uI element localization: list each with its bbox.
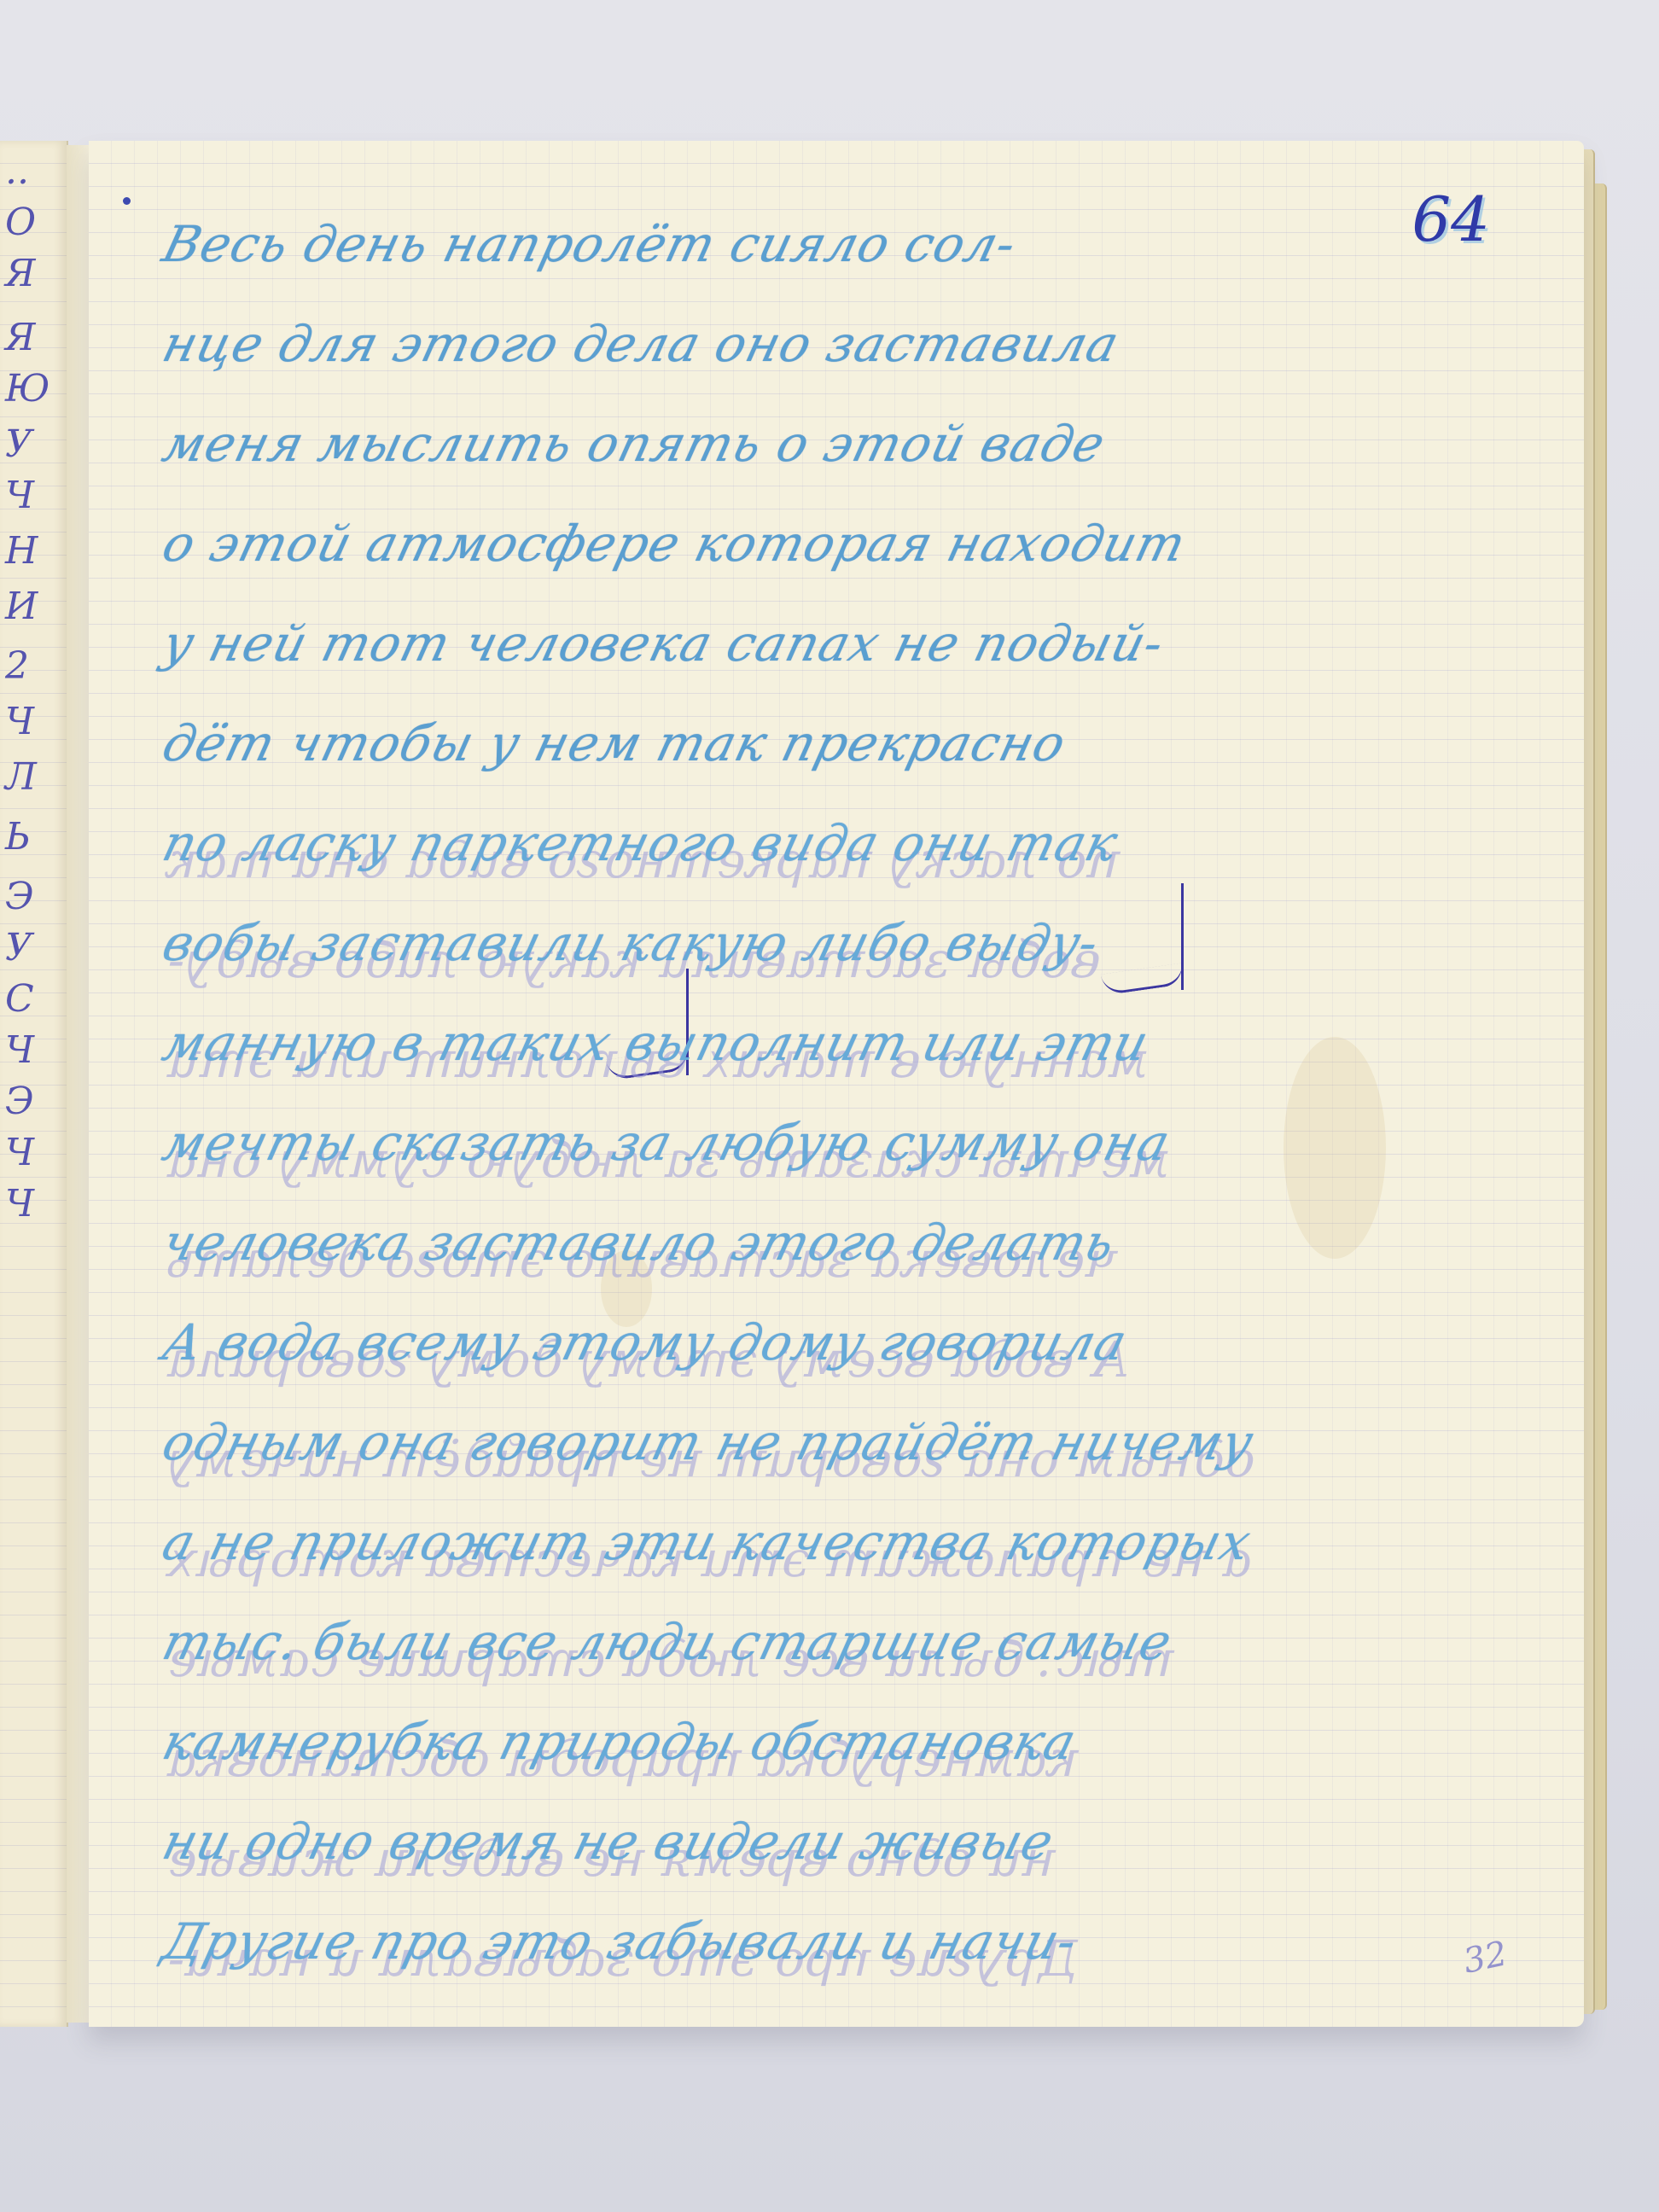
left-margin-glyph: Ю	[5, 367, 50, 410]
left-margin-glyph: Ч	[5, 474, 34, 517]
handwritten-text-body: Весь день напролёт сияло сол- нце для эт…	[157, 173, 1522, 2027]
handwritten-line: одным она говорит не прайдёт ничемуодным…	[157, 1371, 1547, 1471]
left-margin-glyph: Ч	[5, 1131, 34, 1174]
left-margin-glyph: Н	[5, 529, 38, 573]
handwritten-line: нце для этого дела оно заставила	[157, 273, 1547, 373]
handwritten-line: по ласку паркетного вида они такпо ласку…	[157, 772, 1547, 872]
handwritten-line: нали свои пить песни и танцеватьнали сво…	[157, 1970, 1547, 2027]
handwritten-line: тыс. были все люди старшие самыетыс. был…	[157, 1571, 1547, 1671]
handwritten-line: Весь день напролёт сияло сол-	[157, 173, 1547, 273]
handwritten-line: меня мыслить опять о этой ваде	[157, 373, 1547, 473]
page-stack-edge	[1593, 183, 1607, 2010]
left-margin-glyph: У	[5, 422, 32, 466]
left-margin-glyph: Я	[5, 252, 36, 295]
handwritten-line: манную в таких выполнит или этиманную в …	[157, 972, 1547, 1072]
left-margin-glyph: Я	[5, 316, 36, 359]
handwritten-line: мечты сказать за любую сумму онамечты ск…	[157, 1072, 1547, 1172]
left-margin-glyph: Ч	[5, 1182, 34, 1225]
handwritten-line: Другие про это забывали и начи-Другие пр…	[157, 1871, 1547, 1970]
handwritten-line: а не приложит эти качества которыха не п…	[157, 1471, 1547, 1571]
handwritten-line: вобы заставили какую либо выду-вобы заст…	[157, 872, 1547, 972]
left-margin-glyph: ..	[5, 149, 29, 193]
left-facing-page-fragment: .. О Я Я Ю У Ч Н И 2 Ч Л Ь Э У С Ч Э Ч Ч	[0, 141, 68, 2027]
handwritten-line: человека заставило этого делатьчеловека …	[157, 1172, 1547, 1272]
handwritten-line: у ней тот человека сапах не подый-	[157, 573, 1547, 672]
left-margin-glyph: Э	[5, 875, 34, 918]
handwritten-line: ни одно время не видели живыени одно вре…	[157, 1771, 1547, 1871]
handwritten-line: дёт чтобы у нем так прекрасно	[157, 672, 1547, 772]
handwritten-line: камнерубка природы обстановкакамнерубка …	[157, 1671, 1547, 1771]
handwritten-line: о этой атмосфере которая находит	[157, 473, 1547, 573]
left-margin-glyph: О	[5, 201, 36, 244]
left-margin-glyph: Ь	[5, 815, 31, 859]
left-margin-glyph: Л	[5, 755, 37, 799]
left-margin-glyph: Ч	[5, 700, 34, 743]
left-margin-glyph: И	[5, 585, 38, 628]
left-margin-glyph: У	[5, 926, 32, 969]
handwritten-line: А вода всему этому дому говорилаА вода в…	[157, 1272, 1547, 1371]
left-margin-glyph: С	[5, 977, 34, 1021]
photo-scene: .. О Я Я Ю У Ч Н И 2 Ч Л Ь Э У С Ч Э Ч Ч…	[0, 0, 1659, 2212]
left-margin-glyph: Э	[5, 1080, 34, 1123]
notebook-page: 64 Весь день напролёт сияло сол- нце для…	[89, 141, 1584, 2027]
left-margin-glyph: 2	[5, 644, 29, 688]
line-bullet-dot	[123, 197, 131, 205]
notebook-gutter	[67, 145, 90, 2023]
left-margin-glyph: Ч	[5, 1028, 34, 1072]
